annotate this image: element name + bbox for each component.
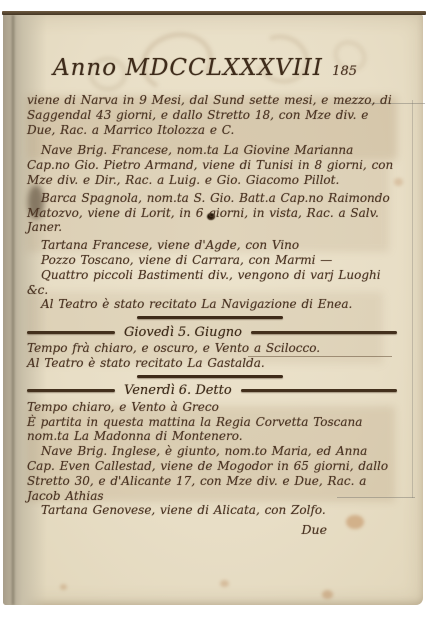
date-header-row: Giovedì 5. Giugno bbox=[27, 323, 397, 341]
section-rule bbox=[137, 316, 283, 319]
journal-entry: Nave Brig. Francese, nom.ta La Giovine M… bbox=[27, 143, 397, 187]
journal-entry: Tartana Genovese, viene di Alicata, con … bbox=[27, 503, 397, 518]
journal-text-block: Anno MDCCLXXXVIII 185 viene di Narva in … bbox=[27, 55, 397, 537]
page-number: 185 bbox=[332, 64, 357, 79]
journal-entry: Al Teatro è stato recitato La Navigazion… bbox=[27, 297, 397, 312]
date-header: Venerdì 6. Detto bbox=[115, 383, 241, 398]
margin-ruling bbox=[412, 100, 413, 498]
gutter-crease bbox=[12, 15, 15, 605]
heading-row: Anno MDCCLXXXVIII 185 bbox=[27, 55, 397, 89]
journal-entry: Al Teatro è stato recitato La Gastalda. bbox=[27, 356, 397, 371]
faint-rule bbox=[248, 356, 392, 357]
journal-entry: Tartana Francese, viene d'Agde, con Vino bbox=[27, 238, 397, 253]
date-rule bbox=[27, 389, 115, 392]
journal-entry: Tempo chiaro, e Vento à Greco bbox=[27, 400, 397, 415]
journal-entry: È partita in questa mattina la Regia Cor… bbox=[27, 415, 397, 445]
manuscript-photo: Anno MDCCLXXXVIII 185 viene di Narva in … bbox=[0, 0, 438, 620]
catchword-row: Due bbox=[27, 522, 397, 537]
section-rule bbox=[137, 375, 283, 378]
foxing-spot bbox=[60, 584, 67, 590]
year-heading: Anno MDCCLXXXVIII bbox=[53, 55, 323, 81]
journal-entry: viene di Narva in 9 Mesi, dal Sund sette… bbox=[27, 93, 397, 137]
foxing-spot bbox=[322, 590, 333, 599]
foxing-spot bbox=[220, 580, 229, 587]
journal-entry: Tempo frà chiaro, e oscuro, e Vento a Sc… bbox=[27, 341, 397, 356]
catchword: Due bbox=[302, 522, 327, 537]
journal-entry: Pozzo Toscano, viene di Carrara, con Mar… bbox=[27, 253, 397, 268]
date-header: Giovedì 5. Giugno bbox=[115, 325, 251, 340]
journal-entry: Barca Spagnola, nom.ta S. Gio. Batt.a Ca… bbox=[27, 191, 397, 235]
date-rule bbox=[251, 331, 397, 334]
date-rule bbox=[241, 389, 397, 392]
journal-entry: Quattro piccoli Bastimenti div., vengono… bbox=[27, 268, 397, 298]
date-header-row: Venerdì 6. Detto bbox=[27, 382, 397, 400]
journal-entry: Nave Brig. Inglese, è giunto, nom.to Mar… bbox=[27, 444, 397, 503]
date-rule bbox=[27, 331, 115, 334]
